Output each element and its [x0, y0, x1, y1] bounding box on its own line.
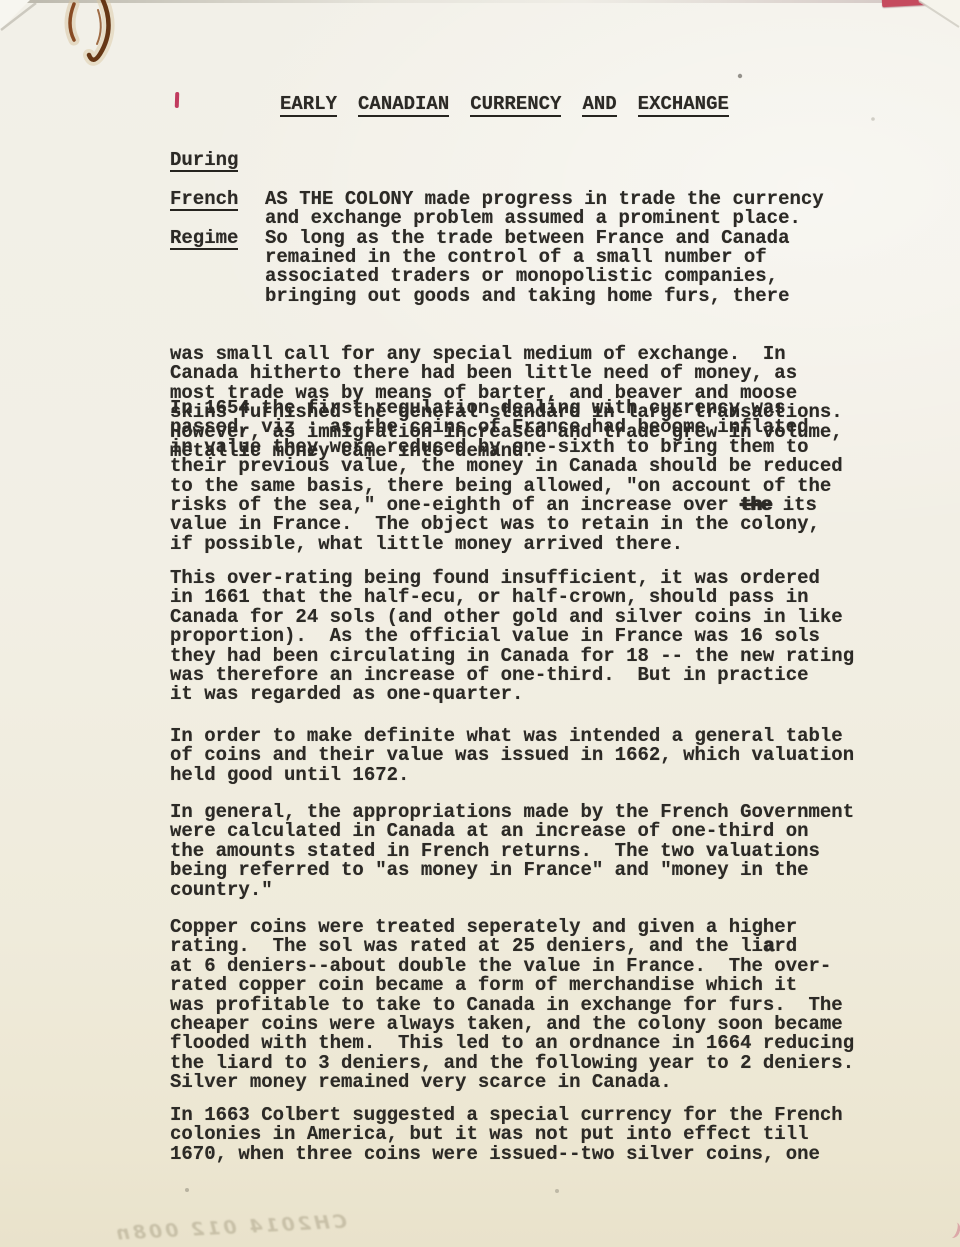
title-word: CANADIAN — [358, 95, 449, 117]
paragraph-1-indented-lines: AS THE COLONY made progress in trade the… — [265, 190, 915, 306]
paragraph-5: In general, the appropriations made by t… — [170, 803, 915, 900]
paragraph-6-text-cont: rd at 6 deniers--about double the value … — [170, 935, 854, 1093]
rust-stain — [28, 0, 148, 86]
paragraph-6: Copper coins were treated seperately and… — [170, 918, 915, 1093]
paragraph-3: This over-rating being found insufficien… — [170, 569, 915, 705]
title-word: CURRENCY — [470, 95, 561, 117]
title-word: EARLY — [280, 95, 337, 117]
title-word: EXCHANGE — [638, 95, 729, 117]
paragraph-4: In order to make definite what was inten… — [170, 727, 915, 785]
paragraph-7: In 1663 Colbert suggested a special curr… — [170, 1106, 915, 1164]
paper-specks — [0, 0, 2, 2]
title-word: AND — [582, 95, 616, 117]
paragraph-2: In 1654 the first regulation dealing wit… — [170, 399, 915, 554]
paragraph-6-text: Copper coins were treated seperately and… — [170, 916, 797, 957]
red-pencil-tick — [175, 92, 180, 108]
pink-speck-bottom-right — [946, 1221, 960, 1240]
scanned-document-page: EARLYCANADIANCURRENCYANDEXCHANGE During … — [0, 0, 960, 1247]
page-title: EARLYCANADIANCURRENCYANDEXCHANGE — [280, 95, 729, 117]
bleed-through-handwriting: CH2014 012 008n — [62, 1211, 348, 1247]
corner-edge-line — [918, 0, 960, 28]
